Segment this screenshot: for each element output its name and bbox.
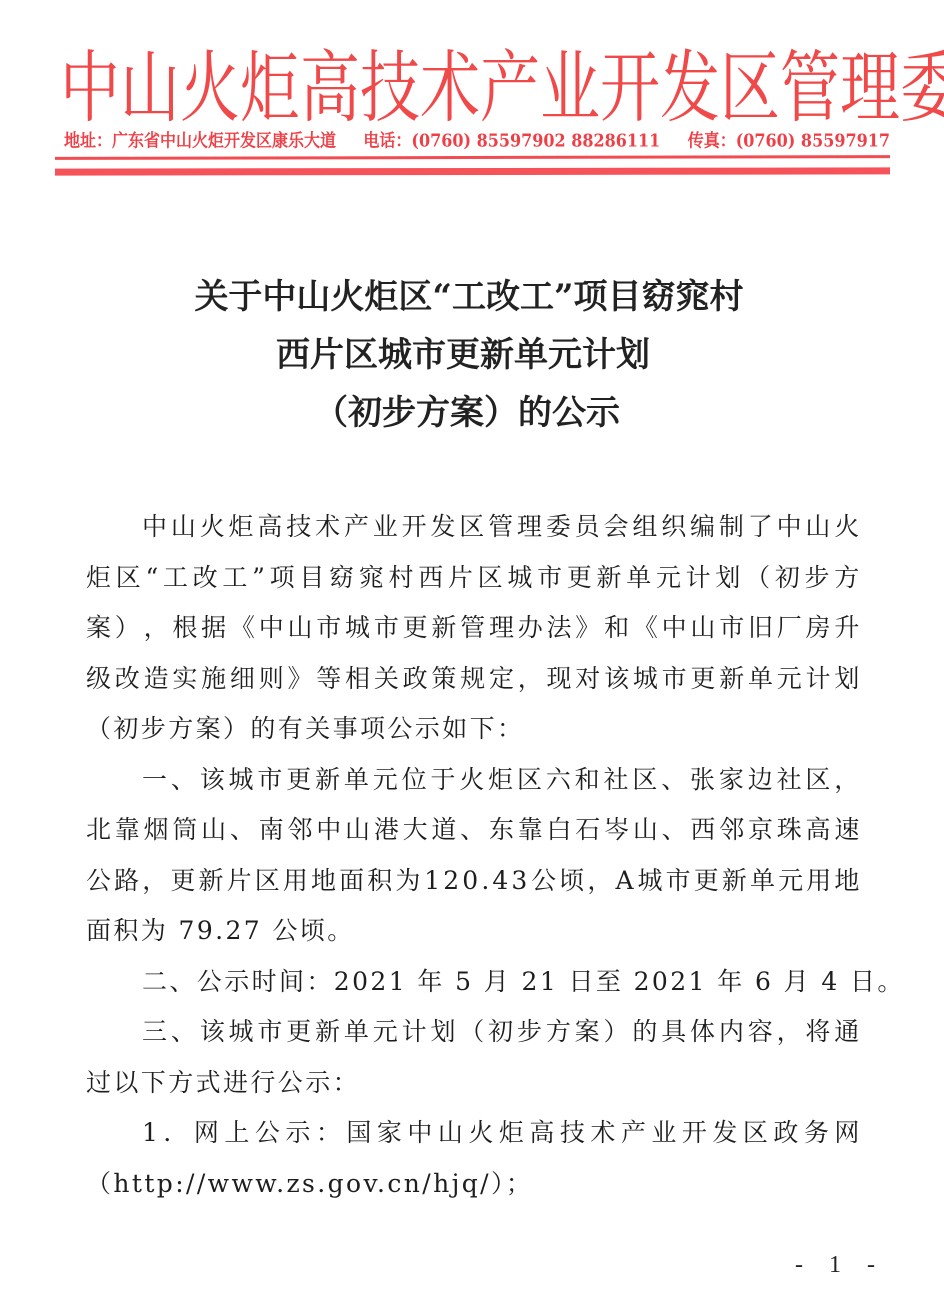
letterhead-contact-line: 地址：广东省中山火炬开发区康乐大道 电话：(0760) 85597902 882… — [64, 128, 890, 151]
letterhead-char: 术 — [420, 50, 480, 128]
body-line: 过以下方式进行公示： — [86, 1058, 862, 1109]
letterhead-fax: 传真：(0760) 85597917 — [688, 127, 890, 152]
letterhead-char: 开 — [600, 50, 660, 128]
body-line: 二、公示时间：2021 年 5 月 21 日至 2021 年 6 月 4 日。 — [86, 957, 862, 1008]
letterhead-char: 火 — [180, 50, 240, 128]
letterhead-divider-thin — [55, 155, 890, 160]
body-line: 面积为 79.27 公顷。 — [86, 906, 862, 957]
letterhead-address: 地址：广东省中山火炬开发区康乐大道 — [64, 127, 336, 152]
body-line: 中山火炬高技术产业开发区管理委员会组织编制了中山火 — [86, 502, 862, 553]
letterhead-char: 理 — [840, 50, 900, 128]
body-line: 一、该城市更新单元位于火炬区六和社区、张家边社区， — [86, 755, 862, 806]
document-title-line-2: 西片区城市更新单元计划 — [0, 326, 944, 384]
letterhead-phone: 电话：(0760) 85597902 88286111 — [363, 127, 660, 152]
document-title: 关于中山火炬区“工改工”项目窈窕村 西片区城市更新单元计划 （初步方案）的公示 — [0, 268, 944, 442]
letterhead-char: 中 — [60, 50, 120, 128]
letterhead-char: 炬 — [240, 50, 300, 128]
body-line: 三、该城市更新单元计划（初步方案）的具体内容，将通 — [86, 1007, 862, 1058]
body-line: 案），根据《中山市城市更新管理办法》和《中山市旧厂房升 — [86, 603, 862, 654]
body-line: 炬区“工改工”项目窈窕村西片区城市更新单元计划（初步方 — [86, 553, 862, 604]
letterhead-char: 高 — [300, 50, 360, 128]
document-body: 中山火炬高技术产业开发区管理委员会组织编制了中山火 炬区“工改工”项目窈窕村西片… — [86, 502, 862, 1209]
letterhead-char: 业 — [540, 50, 600, 128]
letterhead-char: 委 — [900, 50, 944, 128]
body-line: 级改造实施细则》等相关政策规定，现对该城市更新单元计划 — [86, 654, 862, 705]
letterhead-char: 产 — [480, 50, 540, 128]
letterhead-char: 发 — [660, 50, 720, 128]
letterhead-char: 山 — [120, 50, 180, 128]
letterhead-char: 技 — [360, 50, 420, 128]
body-line: 北靠烟筒山、南邻中山港大道、东靠白石岑山、西邻京珠高速 — [86, 805, 862, 856]
letterhead-char: 管 — [780, 50, 840, 128]
body-line: 1．网上公示：国家中山火炬高技术产业开发区政务网 — [86, 1108, 862, 1159]
body-line-url: （http://www.zs.gov.cn/hjq/）； — [86, 1159, 862, 1210]
document-title-line-3: （初步方案）的公示 — [0, 384, 944, 442]
letterhead-char: 区 — [720, 50, 780, 128]
body-line: （初步方案）的有关事项公示如下： — [86, 704, 862, 755]
body-line: 公路，更新片区用地面积为 120.43 公顷，A 城市更新单元用地 — [86, 856, 862, 907]
letterhead-divider-thick — [55, 167, 890, 175]
document-title-line-1: 关于中山火炬区“工改工”项目窈窕村 — [0, 268, 944, 326]
page-number: - 1 - — [795, 1252, 885, 1279]
